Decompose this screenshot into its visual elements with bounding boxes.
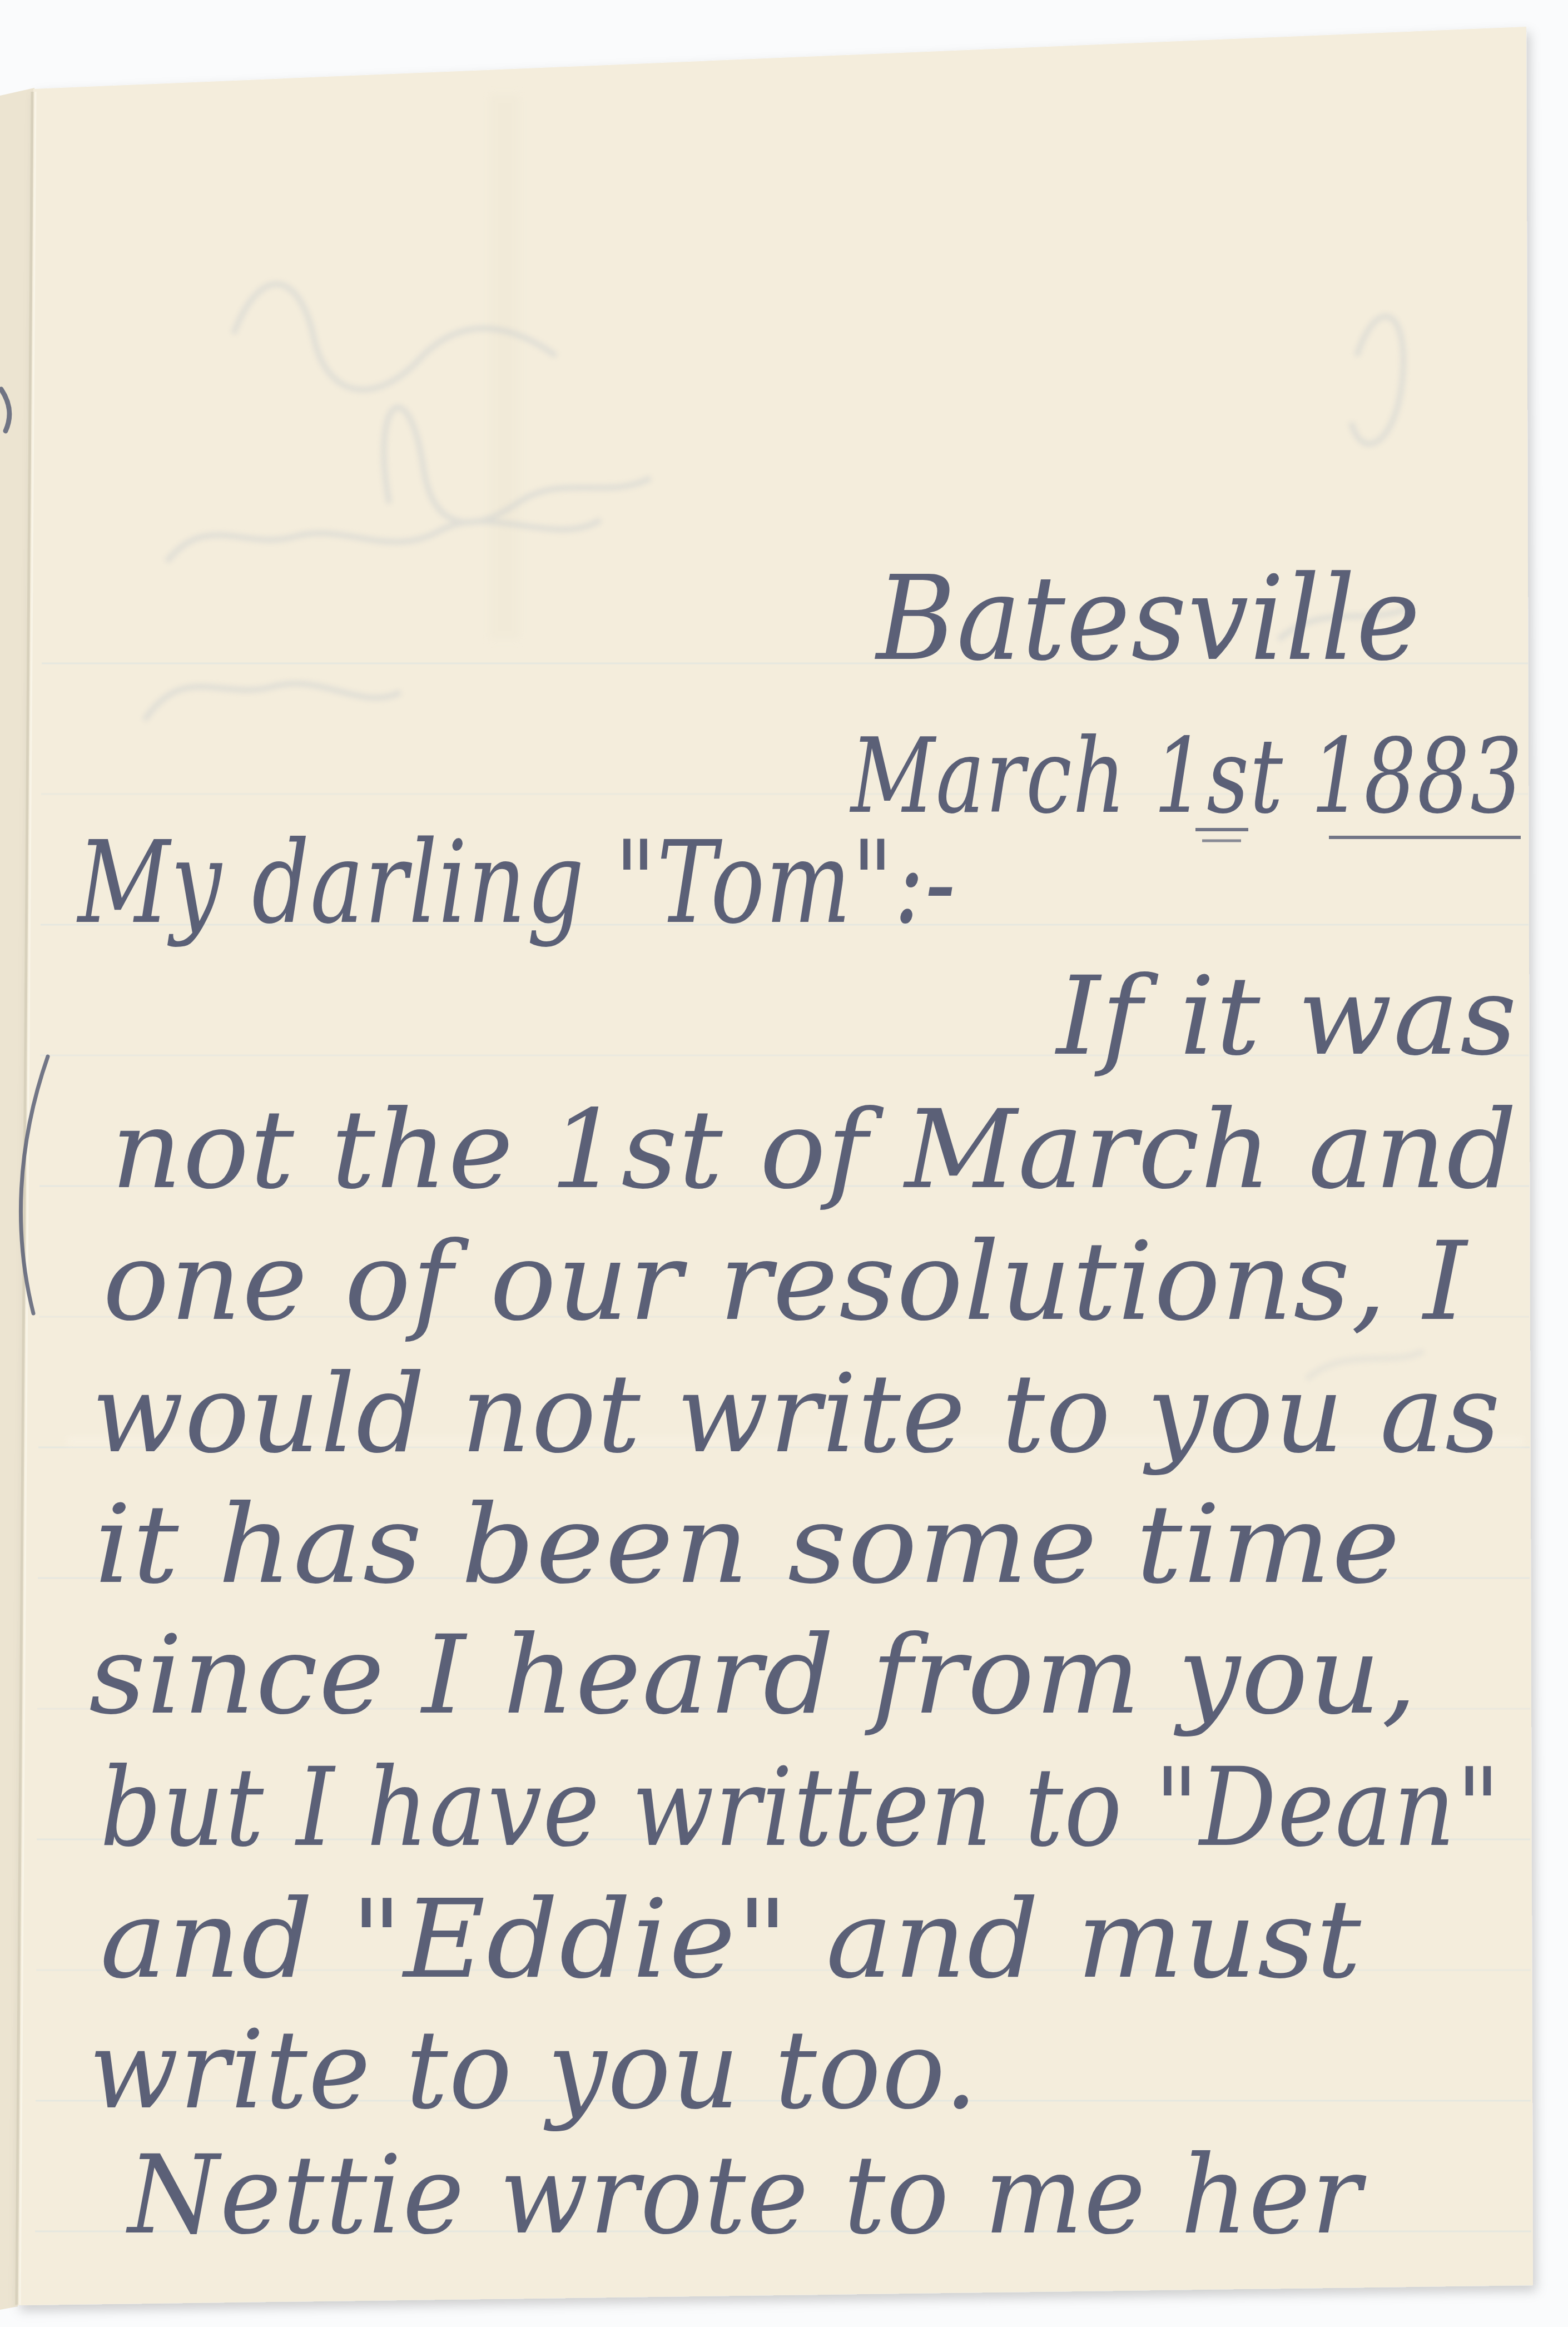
body-line-8: and "Eddie" and must bbox=[100, 1876, 1362, 2002]
body-line-3: one of our resolutions, I bbox=[103, 1218, 1469, 1344]
body-line-7: but I have written to "Dean" bbox=[100, 1744, 1501, 1870]
body-line-1: If it was bbox=[1055, 953, 1518, 1079]
letter-scan: Batesville March 1st 1883 My darling "To… bbox=[0, 0, 1568, 2327]
body-line-10: Nettie wrote to me her bbox=[126, 2132, 1366, 2258]
body-line-9: write to you too. bbox=[89, 2007, 979, 2133]
body-line-2: not the 1st of March and bbox=[111, 1086, 1518, 1213]
body-line-4: would not write to you as bbox=[92, 1351, 1501, 1477]
salutation-line: My darling "Tom":- bbox=[76, 817, 956, 949]
body-line-6: since I heard from you, bbox=[89, 1612, 1418, 1738]
paper-streak bbox=[489, 95, 520, 639]
place-line: Batesville bbox=[874, 550, 1421, 687]
body-line-5: it has been some time bbox=[95, 1481, 1401, 1607]
